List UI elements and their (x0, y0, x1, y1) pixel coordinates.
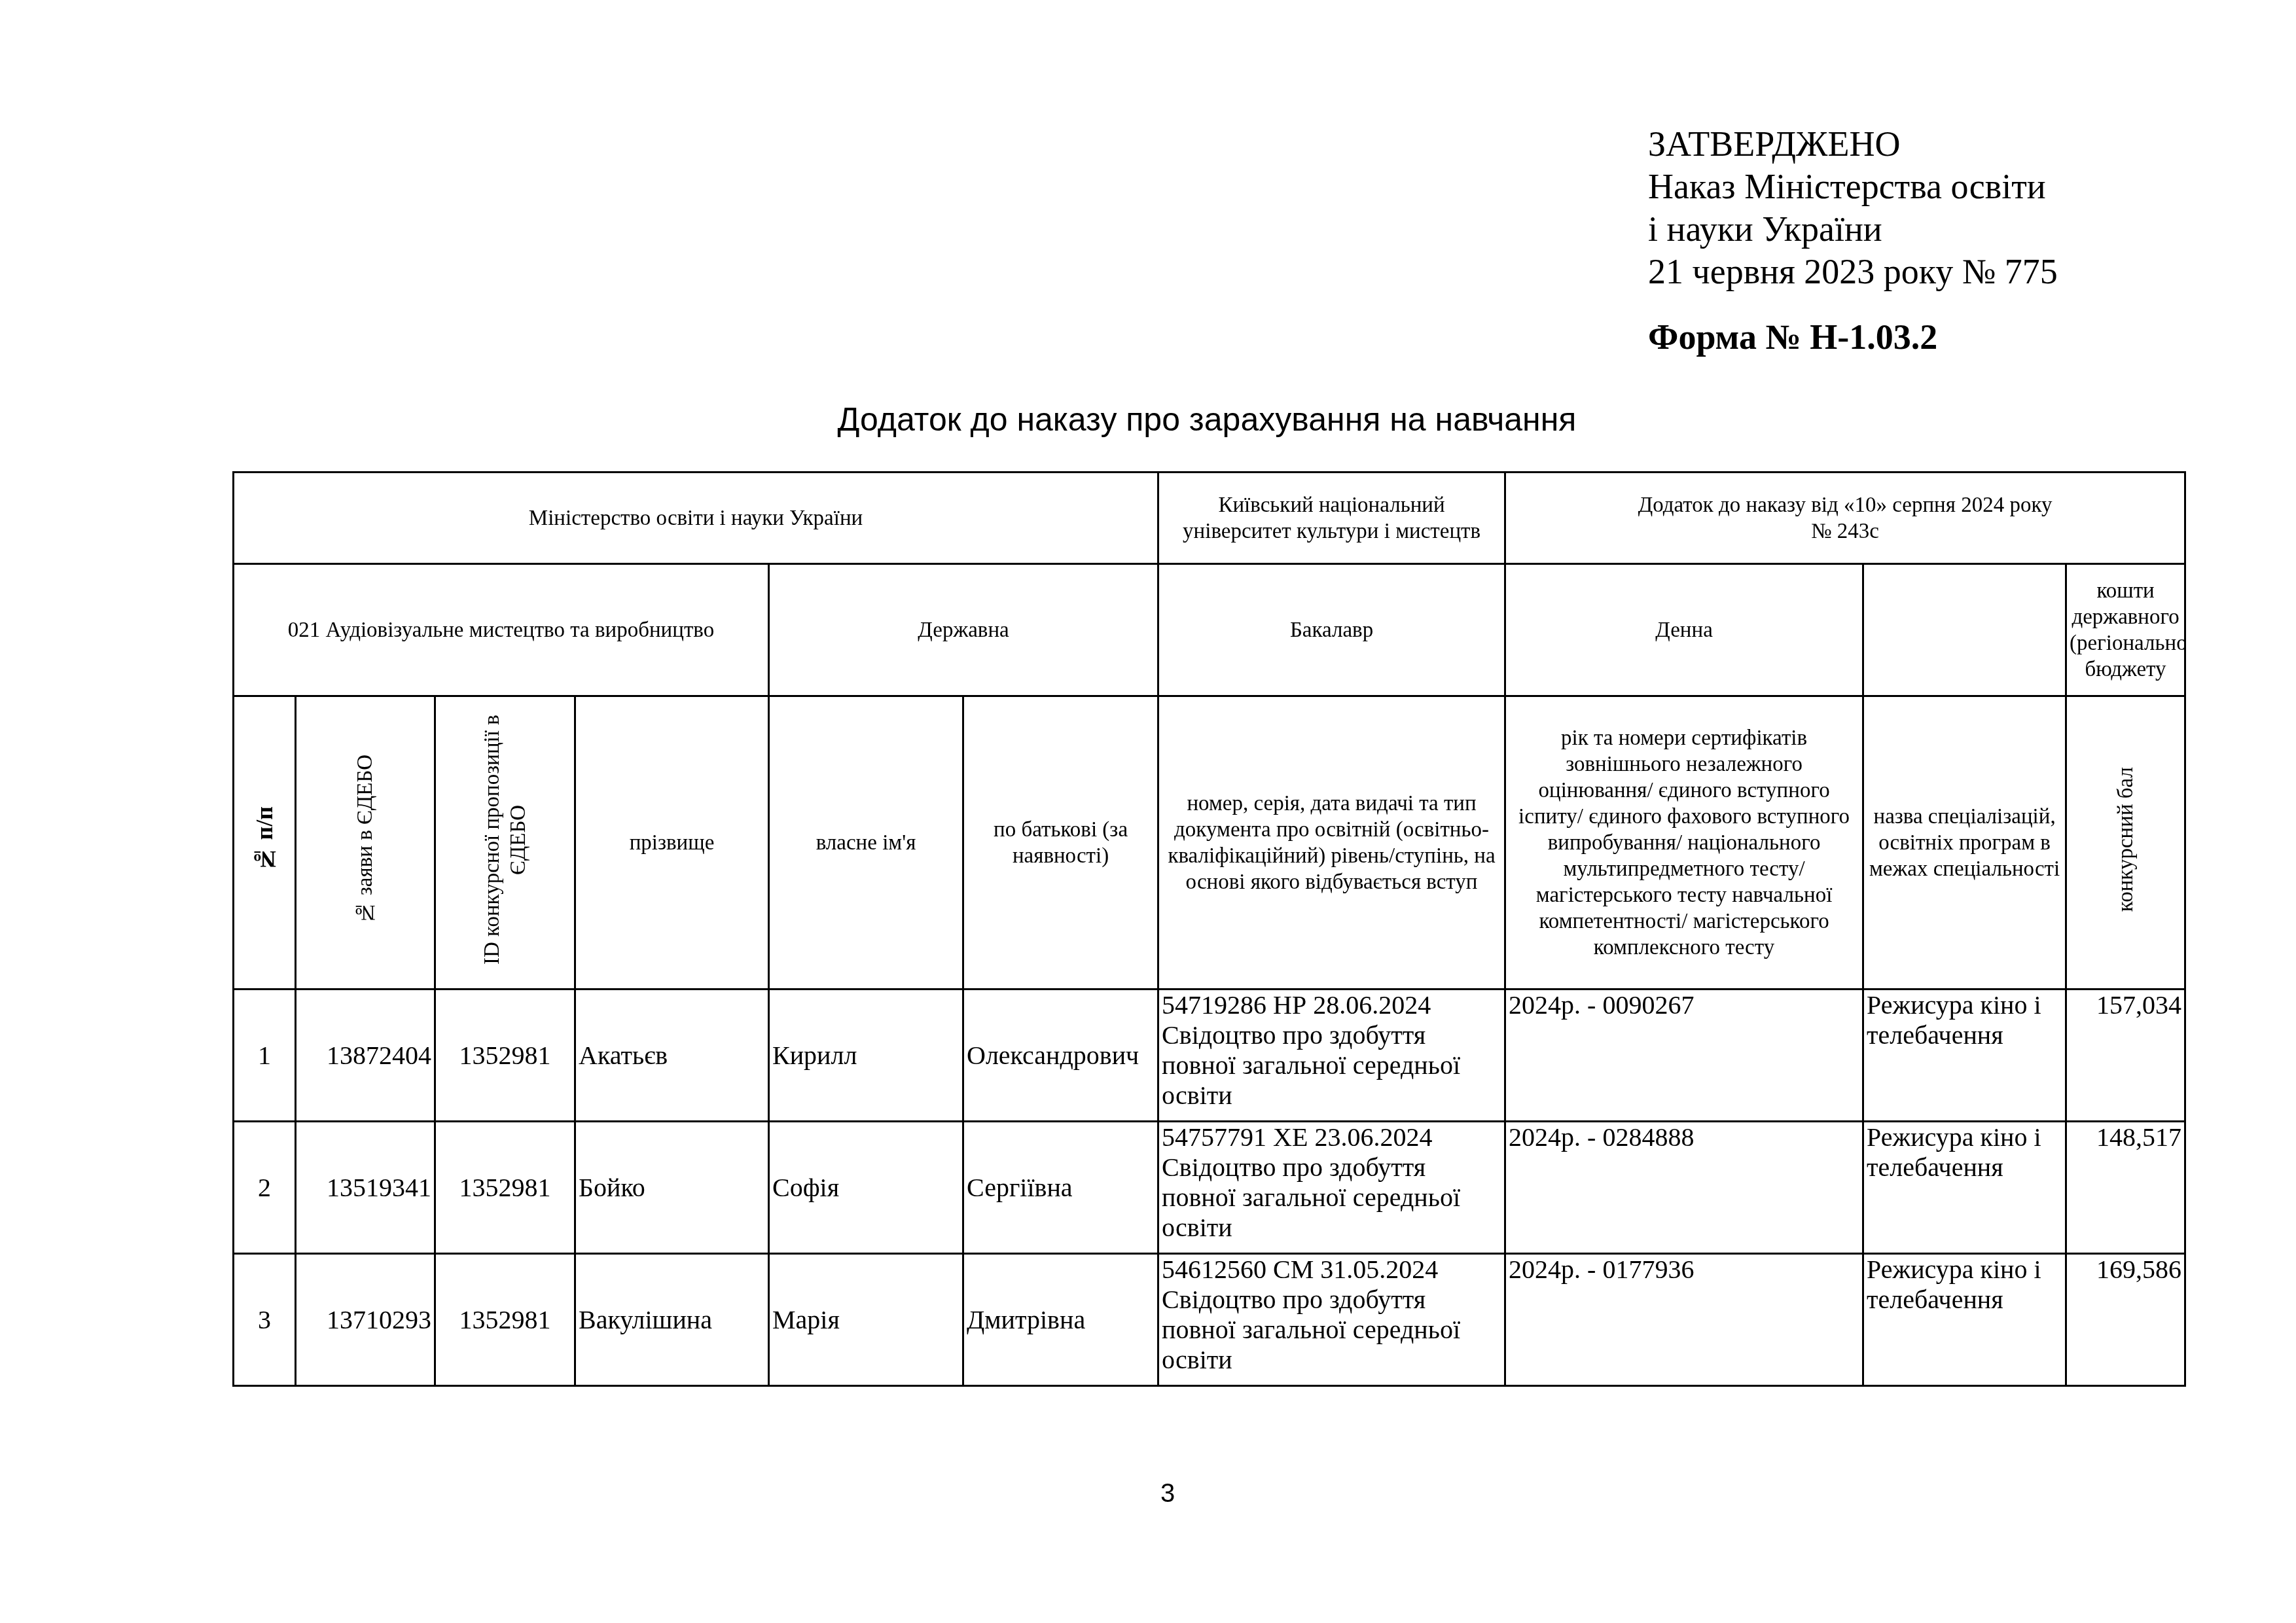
row-first-name: Софія (769, 1122, 963, 1254)
col-score: конкурсний бал (2066, 696, 2185, 990)
order-cell: Додаток до наказу від «10» серпня 2024 р… (1505, 473, 2185, 564)
row-first-name: Марія (769, 1254, 963, 1386)
row-specialization: Режисура кіно і телебачення (1863, 1122, 2066, 1254)
approval-ministry-line: і науки України (1648, 208, 2058, 251)
row-score: 157,034 (2066, 990, 2185, 1122)
row-num: 3 (234, 1254, 296, 1386)
approval-order-line: Наказ Міністерства освіти (1648, 166, 2058, 208)
specialization-empty-cell (1863, 564, 2066, 696)
study-form-cell: Денна (1505, 564, 1863, 696)
table-row: 2 13519341 1352981 Бойко Софія Сергіївна… (234, 1122, 2185, 1254)
row-patronymic: Дмитрівна (963, 1254, 1158, 1386)
row-score: 169,586 (2066, 1254, 2185, 1386)
row-offer-id: 1352981 (435, 1122, 575, 1254)
row-offer-id: 1352981 (435, 990, 575, 1122)
row-num: 2 (234, 1122, 296, 1254)
row-application: 13519341 (296, 1122, 435, 1254)
col-surname: прізвище (575, 696, 769, 990)
row-document: 54612560 СМ 31.05.2024 Свідоцтво про здо… (1158, 1254, 1505, 1386)
specialty-cell: 021 Аудіовізуальне мистецтво та виробниц… (234, 564, 769, 696)
table-row: 1 13872404 1352981 Акатьєв Кирилл Олекса… (234, 990, 2185, 1122)
col-num: № п/п (234, 696, 296, 990)
row-first-name: Кирилл (769, 990, 963, 1122)
col-num-label: № п/п (251, 806, 278, 872)
col-document: номер, серія, дата видачі та тип докумен… (1158, 696, 1505, 990)
col-offer-id: ID конкурсної пропозиції в ЄДЕБО (435, 696, 575, 990)
approval-stamp: ЗАТВЕРДЖЕНО Наказ Міністерства освіти і … (1648, 123, 2058, 293)
column-header-row: № п/п № заяви в ЄДЕБО ID конкурсної проп… (234, 696, 2185, 990)
order-number: № 243с (1509, 518, 2181, 544)
row-certificates: 2024р. - 0284888 (1505, 1122, 1863, 1254)
approval-title: ЗАТВЕРДЖЕНО (1648, 123, 2058, 166)
row-specialization: Режисура кіно і телебачення (1863, 1254, 2066, 1386)
col-patronymic: по батькові (за наявності) (963, 696, 1158, 990)
row-patronymic: Сергіївна (963, 1122, 1158, 1254)
row-surname: Акатьєв (575, 990, 769, 1122)
col-specialization: назва спеціалізацій, освітніх програм в … (1863, 696, 2066, 990)
col-application-label: № заяви в ЄДЕБО (352, 755, 378, 924)
funding-cell: кошти державного (регіонального) бюджету (2066, 564, 2185, 696)
ministry-cell: Міністерство освіти і науки України (234, 473, 1158, 564)
page-number: 3 (0, 1479, 2296, 1508)
row-certificates: 2024р. - 0090267 (1505, 990, 1863, 1122)
form-number: Форма № Н-1.03.2 (1648, 317, 1937, 357)
header-row-program: 021 Аудіовізуальне мистецтво та виробниц… (234, 564, 2185, 696)
col-first-name: власне ім'я (769, 696, 963, 990)
header-row-institution: Міністерство освіти і науки України Київ… (234, 473, 2185, 564)
row-offer-id: 1352981 (435, 1254, 575, 1386)
row-score: 148,517 (2066, 1122, 2185, 1254)
row-specialization: Режисура кіно і телебачення (1863, 990, 2066, 1122)
order-date: Додаток до наказу від «10» серпня 2024 р… (1509, 492, 2181, 518)
row-certificates: 2024р. - 0177936 (1505, 1254, 1863, 1386)
col-offer-id-label: ID конкурсної пропозиції в ЄДЕБО (479, 709, 531, 971)
row-num: 1 (234, 990, 296, 1122)
row-surname: Бойко (575, 1122, 769, 1254)
row-application: 13872404 (296, 990, 435, 1122)
degree-cell: Бакалавр (1158, 564, 1505, 696)
document-title: Додаток до наказу про зарахування на нав… (0, 401, 2296, 438)
row-surname: Вакулішина (575, 1254, 769, 1386)
col-score-label: конкурсний бал (2113, 767, 2139, 912)
col-certificates: рік та номери сертифікатів зовнішнього н… (1505, 696, 1863, 990)
row-application: 13710293 (296, 1254, 435, 1386)
university-cell: Київський національний університет культ… (1158, 473, 1505, 564)
approval-date-line: 21 червня 2023 року № 775 (1648, 251, 2058, 293)
ownership-cell: Державна (769, 564, 1158, 696)
table-row: 3 13710293 1352981 Вакулішина Марія Дмит… (234, 1254, 2185, 1386)
row-patronymic: Олександрович (963, 990, 1158, 1122)
col-application: № заяви в ЄДЕБО (296, 696, 435, 990)
row-document: 54719286 НР 28.06.2024 Свідоцтво про здо… (1158, 990, 1505, 1122)
row-document: 54757791 ХЕ 23.06.2024 Свідоцтво про здо… (1158, 1122, 1505, 1254)
enrollment-table: Міністерство освіти і науки України Київ… (232, 471, 2186, 1387)
